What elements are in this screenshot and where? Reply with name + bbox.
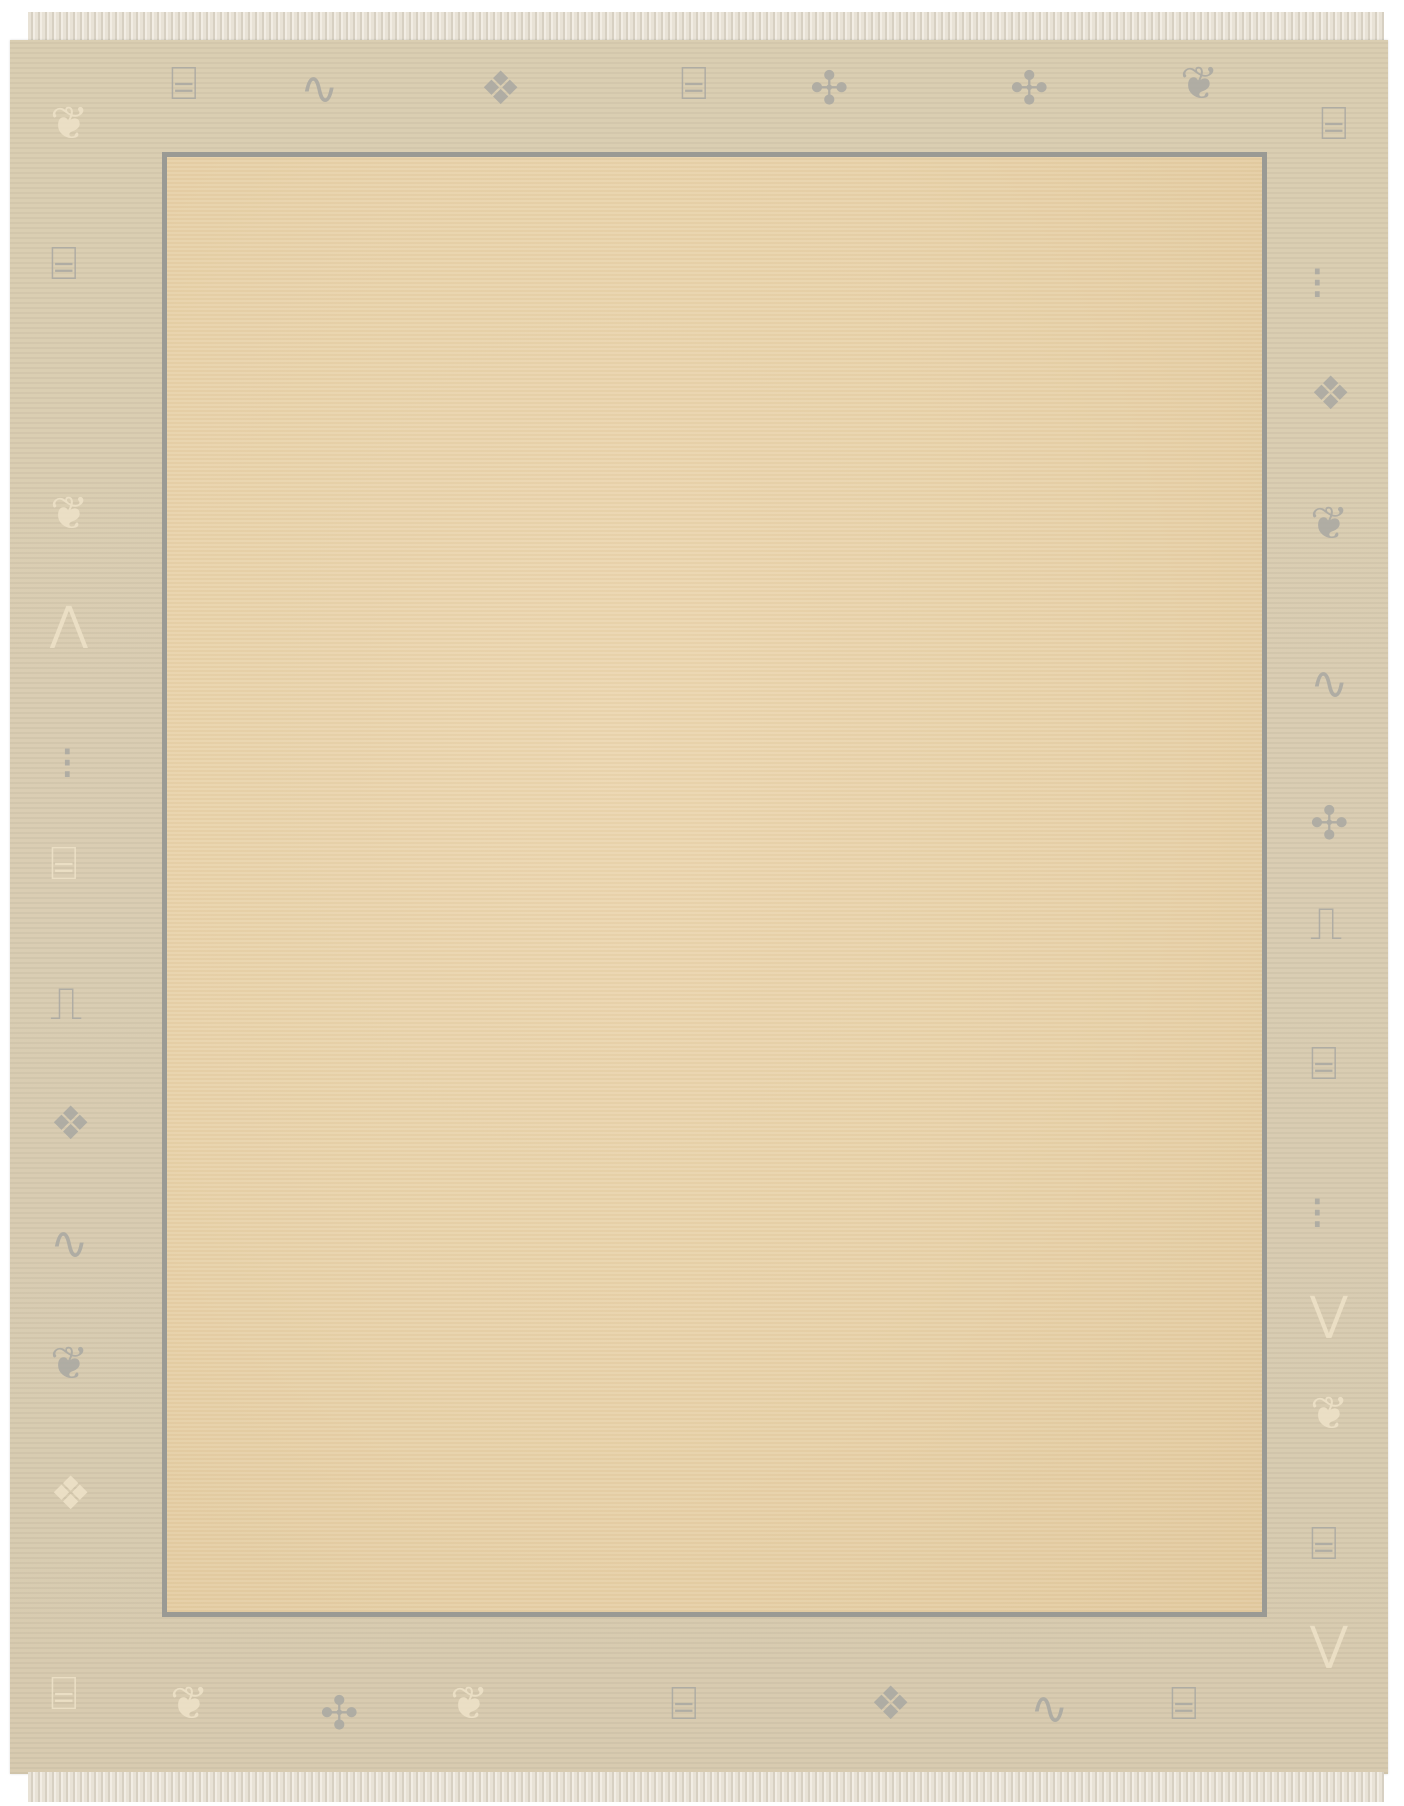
border-motif: ❦ (1180, 60, 1219, 106)
border-motif: ⌸ (1170, 1680, 1198, 1726)
border-motif: ⋁ (1310, 1290, 1348, 1336)
border-motif: ⌸ (1310, 1040, 1338, 1086)
border-motif: ✣ (1310, 800, 1349, 846)
border-motif: ❦ (1310, 1390, 1349, 1436)
border-motif: ⌸ (670, 1680, 698, 1726)
border-motif: ❦ (50, 100, 89, 146)
border-motif: ⎍ (1310, 900, 1342, 946)
border-motif: ❦ (50, 490, 89, 536)
border-motif: ❖ (50, 1470, 91, 1516)
border-motif: ❖ (480, 65, 521, 111)
border-motif: ⌸ (50, 240, 78, 286)
border-motif: ❖ (50, 1100, 91, 1146)
border-motif: ❦ (450, 1680, 489, 1726)
border-motif: ∿ (1030, 1685, 1069, 1731)
border-motif: ❖ (1310, 370, 1351, 416)
border-motif: ⌸ (50, 1670, 78, 1716)
rug-field (162, 152, 1267, 1617)
rug-photo: ❦ ⌸ ∿ ❖ ⌸ ✣ ✣ ❦ ⌸ ⌸ ❦ ⋀ ⁝ ⌸ ⎍ ❖ ∿ ❦ ❖ ⌸ … (0, 0, 1404, 1806)
border-motif: ✣ (810, 65, 849, 111)
border-motif: ⌸ (1320, 100, 1348, 146)
border-motif: ⌸ (50, 840, 78, 886)
bottom-fringe (28, 1772, 1384, 1802)
border-motif: ⌸ (170, 60, 198, 106)
border-motif: ❦ (170, 1680, 209, 1726)
border-motif: ⌸ (1310, 1520, 1338, 1566)
border-motif: ✣ (320, 1690, 359, 1736)
border-motif: ⁝ (60, 740, 75, 786)
border-motif: ✣ (1010, 65, 1049, 111)
border-motif: ❖ (870, 1680, 911, 1726)
border-motif: ∿ (300, 65, 339, 111)
border-motif: ∿ (1310, 660, 1349, 706)
border-motif: ⁝ (1310, 1190, 1325, 1236)
border-motif: ⁝ (1310, 260, 1325, 306)
border-motif: ⋀ (50, 600, 88, 646)
border-motif: ⎍ (50, 980, 82, 1026)
border-motif: ❦ (1310, 500, 1349, 546)
border-motif: ∿ (50, 1220, 89, 1266)
rug-border: ❦ ⌸ ∿ ❖ ⌸ ✣ ✣ ❦ ⌸ ⌸ ❦ ⋀ ⁝ ⌸ ⎍ ❖ ∿ ❦ ❖ ⌸ … (10, 40, 1388, 1774)
border-motif: ⌸ (680, 60, 708, 106)
top-fringe (28, 12, 1384, 42)
border-motif: ❦ (50, 1340, 89, 1386)
border-motif: ⋁ (1310, 1620, 1348, 1666)
